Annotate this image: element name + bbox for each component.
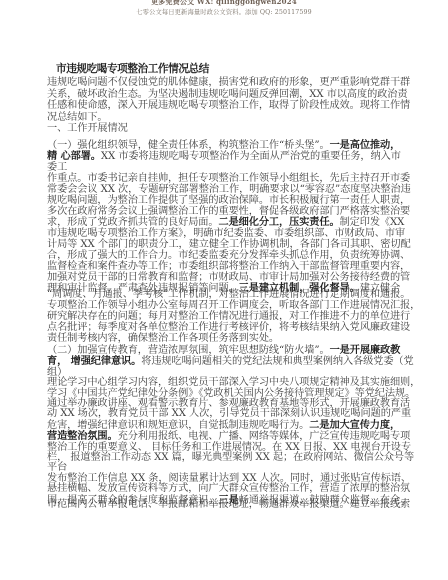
document-page: 更多免费公文 WX: qilinggongwen2024 七零公文每日更新海量时… <box>0 0 448 580</box>
text-line: 栏， 报道整治工作动态 XX 篇，曝光典型案例 XX 起；在政府网站、微信公众号… <box>47 453 419 463</box>
text-line: 计局等 XX 个部门的职责分工，建立健全工作协调机制，各部门各司其职、密切配 <box>47 239 419 250</box>
text-line: 违规吃喝问题不仅侵蚀党的肌体健康，损害党和政府的形象，更严重影响党群干群 <box>47 77 419 89</box>
text-line: 合，形成了强大的工作合力。市纪委监委充分发挥牵头抓总作用，负责统筹协调、 <box>47 250 419 261</box>
text-line: 况总结如下。 <box>47 112 419 124</box>
text-line: 规吃喝问题，为整治工作提供了坚强的政治保障。市长积极履行第一责任人职责， <box>47 195 419 206</box>
text-line: 点名批评；每季度对各单位整治工作进行考核评价，将考核结果纳入党风廉政建设 <box>47 322 419 333</box>
text-line: 责任制考核内容，确保整治工作各项任务落到实处。 <box>47 333 419 344</box>
text-line: 一、工作开展情况 <box>47 123 419 135</box>
text-line: 研究解决存在的问题；每月对整治工作情况进行通报，对工作推进不力的单位进行 <box>47 311 419 322</box>
text-line: 精 心部署。XX 市委将违规吃喝专项整治作为全面从严治党的重要任务，纳入市 <box>47 151 419 162</box>
text-line: 市违规吃喝专项整治工作方案》，明确市纪委监委、市委组织部、市财政局、市审 <box>47 228 419 239</box>
text-line: 任感和使命感，深入开展违规吃喝专项整治工作，取得了阶段性成效。现将工作情 <box>47 100 419 112</box>
header-promo-line-2: 七零公文每日更新海量时政公文资料。添加 QQ: 250117599 <box>0 7 448 16</box>
text-line: 委工 <box>47 162 419 173</box>
paragraph-1-1: （一）强化组织领导，健全责任体系，构筑整治工作“桥头堡”。一是高位推动，精 心部… <box>47 140 419 344</box>
text-line: 常委会会议 XX 次，专题研究部署整治工作，明确要求以“零容忍”态度坚决整治违 <box>47 184 419 195</box>
section-heading-1: 一、工作开展情况 <box>47 123 419 135</box>
text-line: 关系，破坏政治生态。为坚决遏制违规吃喝问题反弹回潮，XX 市以高度的政治责 <box>47 89 419 101</box>
text-line: 监督检查和案件查办等工作；市委组织部将整治工作纳入干部监督管理重要内容， <box>47 261 419 272</box>
text-line: 专项整治工作领导小组办公室每周召开工作调度会，听取各部门工作进展情况汇报， <box>47 300 419 311</box>
document-title: 市违规吃喝专项整治工作情况总结 <box>56 61 209 76</box>
text-line: 育， 增强纪律意识。将违规吃喝问题相关的党纪法规和典型案例纳入各级党委（党 <box>47 356 419 367</box>
text-line: （一）强化组织领导，健全责任体系，构筑整治工作“桥头堡”。一是高位推动， <box>47 140 419 151</box>
header-promo-line-1: 更多免费公文 WX: qilinggongwen2024 <box>0 0 448 7</box>
text-line: 求，形成了党政齐抓共管的良好局面。二是细化分工，压实责任。制定印发《XX <box>47 217 419 228</box>
text-line: 作重点。市委书记亲自挂帅，担任专项整治工作领导小组组长，先后主持召开市委 <box>47 173 419 184</box>
text-line: 加强对党员干部的日常教育和监督；市财政局、市审计局加强对公务接待经费的管 <box>47 272 419 283</box>
paragraph-1-2: （二）加强宣传教育，营造浓厚氛围，筑牢思想防线“防火墙”。一是开展廉政教育， 增… <box>47 345 419 511</box>
intro-paragraph: 违规吃喝问题不仅侵蚀党的肌体健康，损害党和政府的形象，更严重影响党群干群关系，破… <box>47 77 419 123</box>
text-line: “周调度、月通报、季考核”工作机制，对整治工作进展情况进行定期调度和通报。 <box>47 289 419 300</box>
text-line: 市范围内公布举报电话、举报邮箱和举报地址，畅通群众举报渠道。建立举报线索 <box>47 500 419 510</box>
